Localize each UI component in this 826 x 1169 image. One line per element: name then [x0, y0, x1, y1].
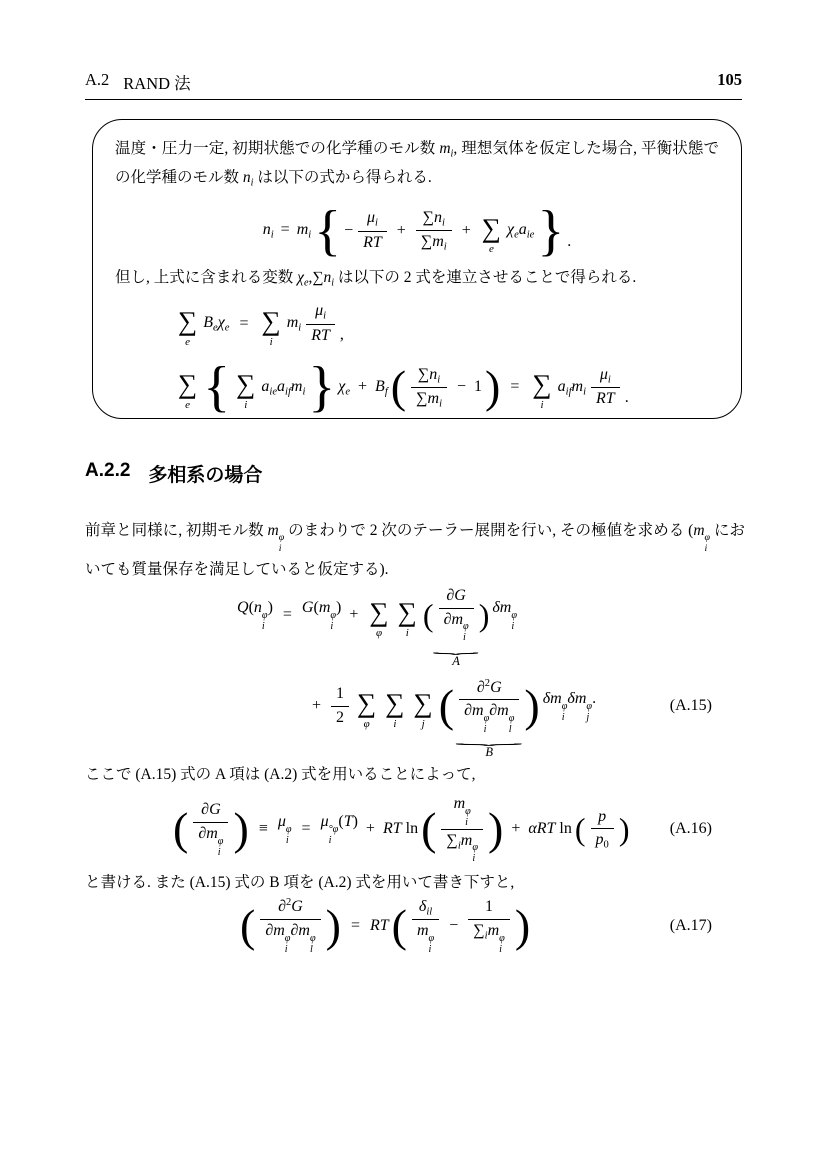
sum-limit-j: j [422, 719, 425, 730]
denominator: 2 [331, 706, 349, 730]
denominator: p0 [591, 828, 614, 852]
sym-m: m [454, 795, 466, 812]
sum-symbol: ∑ [418, 366, 429, 383]
equation-tag-a15: (A.15) [670, 697, 712, 715]
sym-mu: μ [600, 366, 608, 383]
sub-i: i [323, 311, 326, 322]
fraction-kronecker: δil mφi [412, 896, 439, 956]
sub-e: e [225, 323, 230, 334]
supsub: °φi [329, 824, 339, 846]
plus-sign: + [462, 221, 471, 241]
page-header: A.2 RAND 法 105 [85, 70, 742, 100]
sum-operator-i: ∑ i [398, 599, 417, 639]
header-section-number: A.2 [85, 70, 109, 94]
sub-i: i [465, 817, 468, 828]
math-ni: ni [243, 169, 254, 186]
sub-i: i [705, 544, 708, 555]
chi-a-term: χeaie [507, 220, 534, 241]
underbrace-icon: ⏟ [433, 642, 480, 652]
right-paren: ) [619, 813, 630, 845]
section-title: 多相系の場合 [148, 460, 262, 487]
mi-term: mi [287, 313, 302, 334]
header-section: A.2 RAND 法 [85, 70, 191, 94]
denominator: ∂mφi∂mφl [260, 919, 320, 956]
ln-operator: ln [559, 820, 571, 837]
underbrace-group-A: ( ∂G ∂mφi ) ⏟ A [423, 585, 489, 645]
sub-i: i [562, 712, 565, 723]
sum-limit-e: e [185, 400, 190, 411]
minus-sign: − [449, 916, 458, 936]
sym-m: m [319, 599, 331, 616]
equation-tag-a16: (A.16) [670, 820, 712, 838]
sum-operator-e: ∑ e [178, 371, 197, 411]
box-p1-text0: 温度・圧力一定, 初期状態での化学種のモル数 [115, 140, 439, 157]
box-p1-text2: は以下の式から得られる. [253, 169, 431, 186]
sym-RT: RT [383, 820, 402, 837]
denominator: ∑imφi [441, 829, 483, 866]
right-paren: ) [488, 806, 503, 852]
sum-operator-i: ∑ i [261, 308, 280, 348]
sym-mu: μ [367, 209, 375, 226]
sub-i: i [444, 242, 447, 253]
fraction-dG: ∂G ∂mφi [193, 799, 228, 859]
sup-phi: φ [509, 713, 515, 724]
right-paren: ) [485, 364, 500, 410]
a-products-term: aieaifmi [261, 377, 305, 398]
sup-phi: φ [472, 842, 478, 853]
numerator: p [593, 806, 611, 829]
fraction-mu-RT: μi RT [591, 364, 620, 411]
G-term: G(mφi) [302, 598, 341, 632]
left-brace: { [314, 203, 341, 259]
sym-G: G [302, 599, 314, 616]
sym-delta: δ [492, 599, 499, 616]
delta-m-products: δmφiδmφj. [543, 689, 596, 723]
para1-text1: のまわりで 2 次のテーラー展開を行い, その極値を求める ( [284, 522, 693, 539]
page-number: 105 [717, 70, 742, 90]
sum-symbol: ∑ [473, 922, 484, 939]
alpha-RT-ln-term: αRT ln [528, 819, 572, 839]
box-paragraph-2: 但し, 上式に含まれる変数 χe,∑ni は以下の 2 式を連立させることで得ら… [115, 263, 719, 292]
underbrace-group-B: ( ∂2G ∂mφi∂mφl ) ⏟ B [439, 677, 540, 737]
numerator: ∂2G [472, 677, 507, 700]
sym-m: m [417, 922, 429, 939]
paragraph-1: 前章と同様に, 初期モル数 mφi のまわりで 2 次のテーラー展開を行い, そ… [85, 516, 745, 585]
denominator: ∑mi [416, 230, 452, 254]
sum-symbol: ∑ [423, 209, 434, 226]
supsub: φl [310, 933, 316, 955]
right-paren: ) [268, 599, 273, 616]
sym-m: m [572, 378, 584, 395]
sum-symbol: ∑ [446, 832, 457, 849]
math-chi-e: χe,∑ni [297, 269, 334, 286]
Bf-term: Bf [375, 377, 388, 398]
left-paren: ( [173, 806, 188, 852]
plus-sign: + [397, 221, 406, 241]
equation-a16-row: ( ∂G ∂mφi ) ≡ μφi = μ°φi(T) + RT ln ( mφ… [85, 793, 742, 865]
sup-phi: φ [499, 933, 505, 944]
sym-m: m [500, 599, 512, 616]
sum-operator-e: ∑ e [482, 215, 501, 255]
fraction-dG: ∂G ∂mφi [439, 585, 474, 645]
numerator: ∑ni [413, 364, 445, 387]
sum-limit-phi: φ [364, 719, 370, 730]
right-paren: ) [326, 903, 341, 949]
mu-phi-term: μφi [278, 812, 292, 846]
minus-sign: − [457, 377, 466, 397]
plus-sign: + [366, 819, 375, 839]
sym-n: n [434, 209, 442, 226]
sup-circ-phi: °φ [329, 824, 339, 835]
underbrace-label-A: A [452, 655, 460, 668]
paragraph-2: ここで (A.15) 式の A 項は (A.2) 式を用いることによって, [85, 760, 745, 790]
sym-mu: μ [278, 813, 286, 830]
sup-phi: φ [286, 824, 292, 835]
aif-mi-term: aifmi [558, 377, 586, 398]
sub-zero: 0 [604, 840, 609, 851]
supsub: φi [218, 836, 224, 858]
paragraph-3: と書ける. また (A.15) 式の B 項を (A.2) 式を用いて書き下すと… [85, 868, 745, 898]
sum-symbol: ∑ [357, 690, 376, 717]
sum-operator-i: ∑ i [532, 371, 551, 411]
sym-n: n [254, 599, 262, 616]
fraction-sums: ∑ni ∑mi [411, 364, 447, 412]
header-section-title: RAND 法 [123, 70, 190, 94]
sym-m: m [488, 922, 500, 939]
equation-a17: ( ∂2G ∂mφi∂mφl ) = RT ( δil mφi − 1 ∑imφ… [85, 896, 742, 956]
numerator: ∂G [196, 799, 225, 822]
equation-tag-a17: (A.17) [670, 917, 712, 935]
numerator: mφi [449, 793, 476, 829]
fraction-d2G: ∂2G ∂mφi∂mφl [260, 896, 320, 956]
sym-a: a [558, 378, 566, 395]
equation-box-aie: ∑ e { ∑ i aieaifmi } χe + Bf ( ∑ni ∑mi −… [115, 359, 719, 415]
plus-sign: + [349, 605, 358, 625]
sym-B: B [375, 378, 385, 395]
equation-box-ni: ni=mi { − μi RT + ∑ni ∑mi + ∑ e χeaie } … [115, 203, 719, 259]
sum-operator-phi: ∑ φ [369, 599, 388, 639]
fraction-d2G: ∂2G ∂mφi∂mφl [459, 677, 519, 737]
numerator: μi [310, 300, 331, 323]
right-paren: ) [524, 683, 539, 729]
equals-sign: = [302, 819, 311, 839]
sym-delta: δ [567, 690, 574, 707]
left-paren: ( [423, 599, 434, 631]
equals-sign: = [239, 314, 248, 334]
left-paren: ( [240, 903, 255, 949]
equation-a15-line1: Q(nφi) = G(mφi) + ∑ φ ∑ i ( ∂G ∂mφi ) ⏟ [85, 585, 742, 645]
supsub: φi [465, 806, 471, 828]
right-paren: ) [336, 599, 341, 616]
sym-chi: χ [297, 269, 304, 286]
numerator: μi [362, 207, 383, 230]
sym-m: m [432, 233, 444, 250]
sym-T: T [344, 813, 353, 830]
sub-ie: ie [527, 230, 535, 241]
underbrace-label-B: B [485, 746, 493, 759]
right-paren: ) [515, 903, 530, 949]
sub-i: i [218, 847, 221, 858]
sym-m: m [575, 690, 587, 707]
sup-phi: φ [310, 933, 316, 944]
sub-i: i [439, 399, 442, 410]
sum-limit-e: e [489, 244, 494, 255]
right-paren: ) [353, 813, 358, 830]
sym-mu: μ [315, 302, 323, 319]
sub-i: i [442, 218, 445, 229]
partial-symbol: ∂ [278, 898, 286, 915]
sym-n: n [243, 169, 251, 186]
supsub: φi [472, 842, 478, 864]
sum-limit-i: i [270, 337, 273, 348]
sym-B: B [203, 314, 213, 331]
left-paren: ( [391, 364, 406, 410]
sum-symbol: ∑ [416, 390, 427, 407]
sum-limit-i: i [540, 400, 543, 411]
sum-symbol: ∑ [482, 215, 501, 242]
sub-i: i [302, 386, 305, 397]
summary-box: 温度・圧力一定, 初期状態での化学種のモル数 mi, 理想気体を仮定した場合, … [92, 119, 742, 419]
equation-a16: ( ∂G ∂mφi ) ≡ μφi = μ°φi(T) + RT ln ( mφ… [85, 793, 742, 865]
math-mi-phi: mφi [693, 522, 710, 539]
sup-phi: φ [463, 621, 469, 632]
chi-e-term: χe [338, 377, 350, 398]
box-p2-text0: 但し, 上式に含まれる変数 [115, 269, 297, 286]
sym-m: m [693, 522, 704, 539]
sym-G: G [291, 898, 303, 915]
number-one: 1 [474, 377, 482, 397]
denominator: mφi [412, 919, 439, 956]
sum-limit-e: e [185, 337, 190, 348]
sym-m: m [268, 522, 279, 539]
sub-i: i [329, 835, 332, 846]
sub-i: i [271, 230, 274, 241]
sym-m: m [297, 221, 309, 238]
equation-a15-line2: + 1 2 ∑ φ ∑ i ∑ j ( ∂2G ∂mφi∂mφl [85, 677, 742, 737]
sum-operator-i: ∑ i [385, 690, 404, 730]
para2-text: ここで (A.15) 式の A 項は (A.2) 式を用いることによって, [85, 766, 476, 783]
fraction-inverse-sum: 1 ∑imφi [468, 896, 510, 956]
sum-symbol: ∑ [312, 269, 323, 286]
numerator: 1 [480, 896, 498, 919]
sum-symbol: ∑ [178, 371, 197, 398]
sym-RT: RT [537, 820, 556, 837]
mu-standard-term: μ°φi(T) [321, 812, 358, 846]
denominator: RT [591, 387, 620, 411]
RT-term: RT [370, 916, 389, 936]
sum-limit-phi: φ [376, 628, 382, 639]
supsub: φi [511, 610, 517, 632]
partial-symbol: ∂ [464, 702, 472, 719]
left-paren: ( [392, 903, 407, 949]
sum-operator-e: ∑ e [178, 308, 197, 348]
sym-G: G [490, 679, 502, 696]
sub-i: i [262, 621, 265, 632]
sub-l: l [310, 944, 313, 955]
fraction-sums: ∑ni ∑mi [416, 207, 452, 255]
sym-Q: Q [237, 599, 249, 616]
section-heading: A.2.2 多相系の場合 [85, 460, 262, 487]
sum-operator-j: ∑ j [414, 690, 433, 730]
sym-m: m [206, 825, 218, 842]
delta-m-term: δmφi [492, 598, 517, 632]
sub-i: i [511, 621, 514, 632]
numerator: 1 [331, 683, 349, 706]
sym-m: m [439, 140, 450, 157]
sum-operator-phi: ∑ φ [357, 690, 376, 730]
fraction-half: 1 2 [331, 683, 349, 730]
sym-mu: μ [321, 813, 329, 830]
left-paren: ( [421, 806, 436, 852]
equiv-sign: ≡ [259, 819, 268, 839]
section-number: A.2.2 [85, 460, 130, 487]
box-p2-text1: は以下の 2 式を連立させることで得られる. [334, 269, 636, 286]
sym-m: m [298, 922, 310, 939]
equation-a17-row: ( ∂2G ∂mφi∂mφl ) = RT ( δil mφi − 1 ∑imφ… [85, 896, 742, 956]
sum-symbol: ∑ [398, 599, 417, 626]
equation-box-Be: ∑ e Beχe = ∑ i mi μi RT , [115, 300, 719, 347]
comma: , [340, 325, 344, 345]
right-brace: } [537, 203, 564, 259]
sub-i: i [298, 323, 301, 334]
sub-i: i [472, 853, 475, 864]
supsub: φi [499, 933, 505, 955]
sym-m: m [550, 690, 562, 707]
sub-i: i [279, 544, 282, 555]
sub-e: e [345, 386, 350, 397]
right-paren: ) [479, 599, 490, 631]
sym-m: m [451, 611, 463, 628]
numerator: μi [595, 364, 616, 387]
supsub: φi [429, 933, 435, 955]
period: . [625, 388, 629, 408]
sym-n: n [263, 221, 271, 238]
sym-m: m [472, 702, 484, 719]
equals-sign: = [281, 221, 290, 238]
sym-m: m [428, 390, 440, 407]
page: A.2 RAND 法 105 温度・圧力一定, 初期状態での化学種のモル数 mi… [0, 0, 826, 1169]
sub-i: i [608, 375, 611, 386]
underbrace-icon: ⏟ [455, 733, 523, 743]
Be-chi-term: Beχe [203, 313, 229, 334]
sup-phi: φ [429, 933, 435, 944]
numerator: ∂2G [273, 896, 308, 919]
sym-alpha: α [528, 820, 536, 837]
denominator: ∑imφi [468, 919, 510, 956]
sum-symbol: ∑ [421, 233, 432, 250]
right-paren: ) [233, 806, 248, 852]
numerator: δil [414, 896, 437, 919]
math-mi: mi [439, 140, 453, 157]
ln-operator: ln [406, 820, 418, 837]
sub-i: i [499, 944, 502, 955]
fraction-mu-RT: μi RT [306, 300, 335, 347]
left-paren: ( [575, 813, 586, 845]
plus-sign: + [511, 819, 520, 839]
equals-sign: = [283, 605, 292, 625]
fraction-molfrac: mφi ∑imφi [441, 793, 483, 865]
sum-symbol: ∑ [532, 371, 551, 398]
plus-sign: + [312, 696, 321, 716]
sub-i: i [375, 218, 378, 229]
sym-chi: χ [218, 314, 225, 331]
fraction-mu-RT: μi RT [358, 207, 387, 254]
eq-lhs: ni=mi [263, 220, 311, 241]
sum-limit-i: i [244, 400, 247, 411]
period: . [592, 690, 596, 707]
sym-m: m [497, 702, 509, 719]
minus-sign: − [344, 221, 353, 241]
sym-G: G [454, 587, 466, 604]
sub-i: i [583, 386, 586, 397]
sub-j: j [586, 712, 589, 723]
sym-m: m [273, 922, 285, 939]
sub-i: i [285, 944, 288, 955]
sym-p: p [596, 831, 604, 848]
sym-a: a [277, 378, 285, 395]
denominator: RT [306, 324, 335, 348]
math-mi-phi: mφi [268, 522, 285, 539]
sym-m: m [287, 314, 299, 331]
left-paren: ( [439, 683, 454, 729]
supsub: φi [286, 824, 292, 846]
sym-m: m [461, 832, 473, 849]
sym-chi: χ [507, 221, 514, 238]
partial-symbol: ∂ [201, 801, 209, 818]
sum-limit-i: i [406, 628, 409, 639]
sub-i: i [308, 230, 311, 241]
sum-symbol: ∑ [385, 690, 404, 717]
sub-i: i [437, 374, 440, 385]
sub-i: i [330, 621, 333, 632]
para1-text0: 前章と同様に, 初期モル数 [85, 522, 268, 539]
sym-G: G [209, 801, 221, 818]
denominator: ∑mi [411, 387, 447, 411]
denominator: RT [358, 231, 387, 255]
sum-operator-i: ∑ i [236, 371, 255, 411]
left-brace: { [203, 359, 230, 415]
equals-sign: = [351, 916, 360, 936]
RT-ln-term: RT ln [383, 819, 418, 839]
right-brace: } [308, 359, 335, 415]
denominator: ∂mφi [193, 822, 228, 859]
period: . [567, 232, 571, 252]
sum-symbol: ∑ [178, 308, 197, 335]
sub-i: i [429, 944, 432, 955]
sub-ie: ie [269, 386, 277, 397]
sum-symbol: ∑ [414, 690, 433, 717]
Q-term: Q(nφi) [237, 598, 273, 632]
partial-symbol: ∂ [489, 702, 497, 719]
sub-i: i [286, 835, 289, 846]
numerator: ∑ni [418, 207, 450, 230]
sum-symbol: ∑ [261, 308, 280, 335]
sym-a: a [519, 221, 527, 238]
box-paragraph-1: 温度・圧力一定, 初期状態での化学種のモル数 mi, 理想気体を仮定した場合, … [115, 134, 719, 193]
sub-il: il [426, 907, 432, 918]
numerator: ∂G [441, 585, 470, 608]
sum-limit-i: i [393, 719, 396, 730]
equation-a15: Q(nφi) = G(mφi) + ∑ φ ∑ i ( ∂G ∂mφi ) ⏟ [85, 585, 742, 736]
sup-phi: φ [465, 806, 471, 817]
partial-symbol: ∂ [477, 679, 485, 696]
underbrace-A: ⏟ A [452, 642, 460, 668]
sub-f: f [385, 386, 388, 397]
sum-symbol: ∑ [236, 371, 255, 398]
fraction-pressure: p p0 [591, 806, 614, 853]
sum-symbol: ∑ [369, 599, 388, 626]
sup-phi: φ [218, 836, 224, 847]
